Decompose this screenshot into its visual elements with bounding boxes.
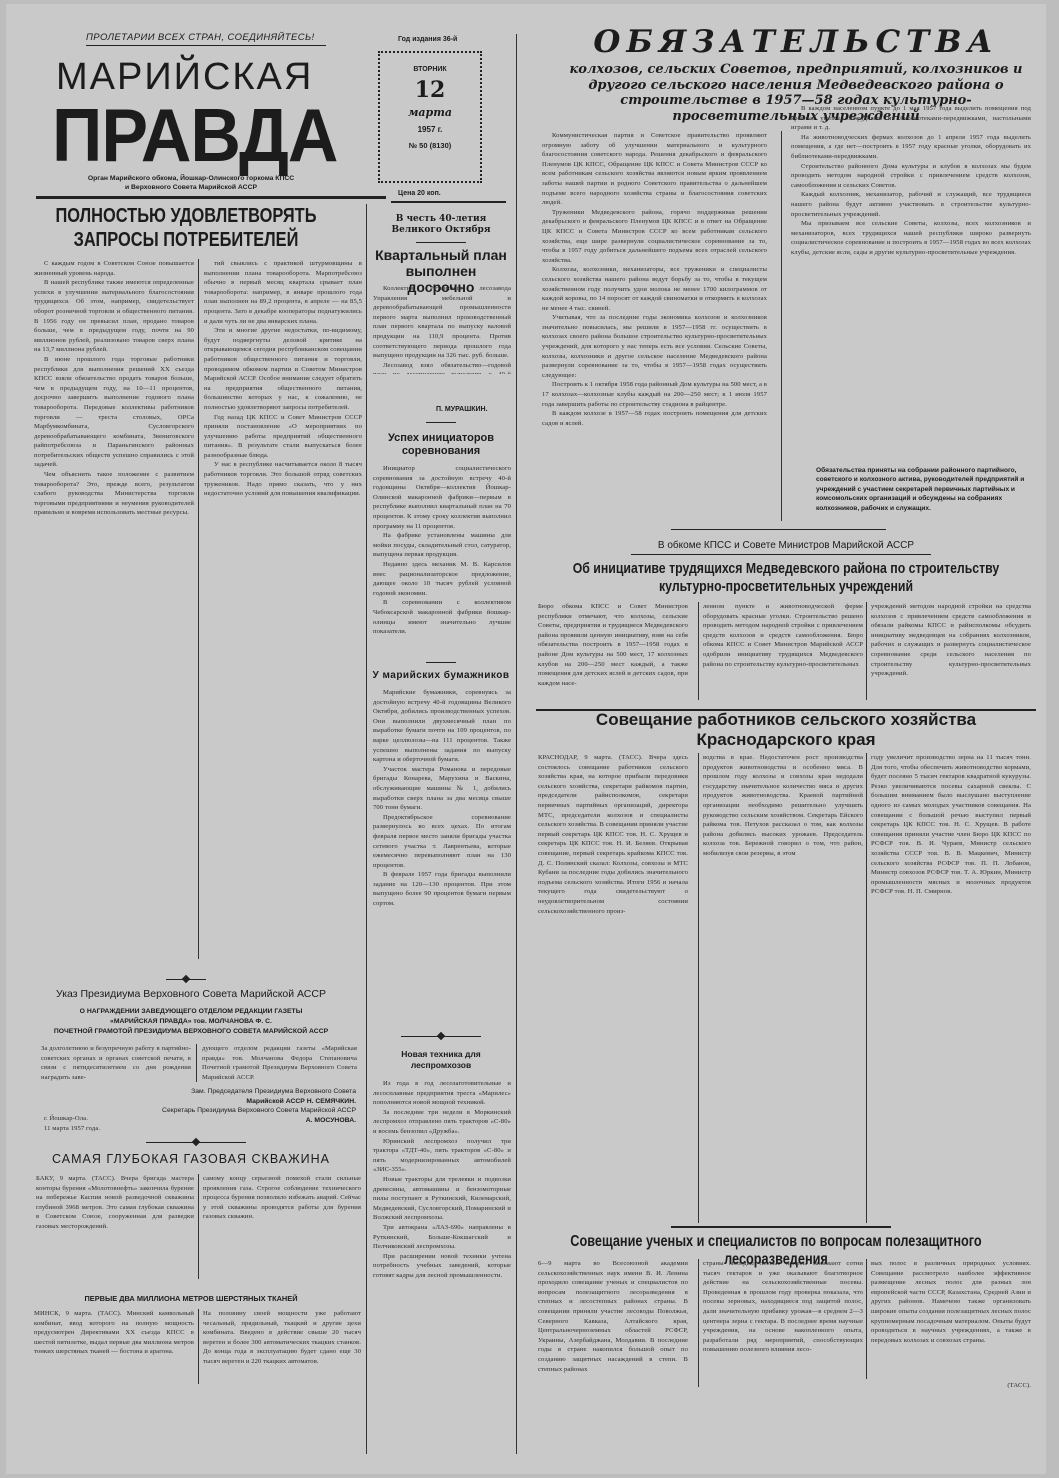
forest-col1: 6—9 марта во Всесоюзной академии сельско… xyxy=(538,1259,688,1389)
issue-number: № 50 (8130) xyxy=(380,141,480,150)
gas-col1: БАКУ, 9 марта. (ТАСС). Вчера бригада мас… xyxy=(36,1174,194,1279)
consumer-col2: тий свыклись с практикой штурмовщины в в… xyxy=(204,259,362,959)
separator xyxy=(426,662,456,663)
wool-divider xyxy=(198,1309,199,1384)
tech-title: Новая техника для леспромхозов xyxy=(371,1049,511,1071)
krasnodar-col2: водства в крае. Недостаточен рост произв… xyxy=(703,753,863,1223)
paragraph: В каждом колхозе в 1957—58 годах построи… xyxy=(542,409,767,428)
paragraph: Недавно здесь механик М. В. Карсилов вне… xyxy=(373,560,511,598)
paragraph: Строительство районного Дома культуры и … xyxy=(791,162,1031,191)
newspaper-page: ПРОЛЕТАРИИ ВСЕХ СТРАН, СОЕДИНЯЙТЕСЬ! МАР… xyxy=(6,4,1046,1474)
rubric-line1: В честь 40-летия xyxy=(371,214,511,225)
obligations-divider xyxy=(781,131,782,521)
organ-line2: и Верховного Совета Марийской АССР xyxy=(46,183,336,192)
gas-col2: самому концу серьезной помехой стали сил… xyxy=(203,1174,361,1279)
consumer-title-line2: ЗАПРОСЫ ПОТРЕБИТЕЛЕЙ xyxy=(47,228,326,252)
paragraph: тий свыклись с практикой штурмовщины в в… xyxy=(204,259,362,326)
masthead-rule xyxy=(36,196,386,199)
paragraph: Лесозавод взял обязательство—годовой пла… xyxy=(373,361,511,374)
paragraph: Новые тракторы для трелевки и подвозки д… xyxy=(373,1175,511,1223)
paragraph: Эти и многие другие недостатки, по-видим… xyxy=(204,326,362,412)
wool-col1: МИНСК, 9 марта. (ТАСС). Минский камвольн… xyxy=(34,1309,194,1389)
paragraph: Из года в год лесозаготовительные и лесо… xyxy=(373,1079,511,1108)
ornament-divider xyxy=(166,979,206,980)
paragraph: В нашей республике также имеются определ… xyxy=(34,278,194,355)
separator xyxy=(426,422,456,423)
initiators-body: Инициатор социалистического соревнования… xyxy=(373,464,511,644)
consumer-title: ПОЛНОСТЬЮ УДОВЛЕТВОРЯТЬ ЗАПРОСЫ ПОТРЕБИТ… xyxy=(47,204,326,252)
decree-col2: дующего отделом редакции газеты «Марийск… xyxy=(202,1044,357,1084)
obkom-divider1 xyxy=(698,602,699,700)
column-divider-main xyxy=(516,34,517,1454)
paragraph: В соревновании с коллективом Чебоксарско… xyxy=(373,598,511,636)
tech-body: Из года в год лесозаготовительные и лесо… xyxy=(373,1079,511,1439)
decree-place-date: г. Йошкар-Ола. 11 марта 1957 года. xyxy=(44,1114,144,1136)
decree-title-line1: О НАГРАЖДЕНИИ ЗАВЕДУЮЩЕГО ОТДЕЛОМ РЕДАКЦ… xyxy=(21,1007,361,1017)
column-divider-left xyxy=(366,204,367,1454)
decree-col1: За долголетнюю и безупречную работу в па… xyxy=(41,1044,191,1084)
sig1-name: Марийской АССР Н. СЕМЯЧКИН. xyxy=(106,1097,356,1107)
paragraph: Три автокрана «ЛАЗ-690» направлены в Рут… xyxy=(373,1223,511,1252)
paragraph: С каждым годом в Советском Союзе повышае… xyxy=(34,259,194,278)
month: марта xyxy=(380,106,480,119)
paragraph: В июне прошлого года торговые работники … xyxy=(34,355,194,470)
krasnodar-col3: году увеличит производство зерна на 11 т… xyxy=(871,753,1031,1223)
paragraph: Коммунистическая партия и Советское прав… xyxy=(542,131,767,208)
paragraph: У нас в республике насчитывается около 8… xyxy=(204,460,362,498)
obligations-col1: Коммунистическая партия и Советское прав… xyxy=(542,131,767,531)
paragraph: В феврале 1957 года бригады выполнили за… xyxy=(373,870,511,908)
decree-place: г. Йошкар-Ола. xyxy=(44,1114,144,1124)
krasnodar-col1: КРАСНОДАР, 9 марта. (ТАСС). Вчера здесь … xyxy=(538,753,688,1193)
initiators-title: Успех инициаторов соревнования xyxy=(371,432,511,458)
masthead-motto: ПРОЛЕТАРИИ ВСЕХ СТРАН, СОЕДИНЯЙТЕСЬ! xyxy=(86,32,336,43)
section-rule xyxy=(671,529,886,530)
paragraph: Построить к 1 октября 1958 года районный… xyxy=(542,380,767,409)
decree-title-line3: ПОЧЕТНОЙ ГРАМОТОЙ ПРЕЗИДИУМА ВЕРХОВНОГО … xyxy=(21,1027,361,1037)
paragraph: Коллектив Рутинского лесозавода Управлен… xyxy=(373,284,511,361)
oktober-signature: П. МУРАШКИН. xyxy=(436,406,488,413)
paragraph: Инициатор социалистического соревнования… xyxy=(373,464,511,531)
section-rule xyxy=(671,1226,891,1228)
obkom-title-line1: Об инициативе трудящихся Медведевского р… xyxy=(548,560,1024,578)
year: 1957 г. xyxy=(380,125,480,134)
paper-body: Марийские бумажники, соревнуясь за досто… xyxy=(373,688,511,1018)
sig1-role: Зам. Председателя Президиума Верховного … xyxy=(106,1087,356,1097)
paragraph: При расширении новой техники учтена потр… xyxy=(373,1252,511,1281)
decree-date: 11 марта 1957 года. xyxy=(44,1124,144,1134)
wool-col2: На половину своей мощности уже работают … xyxy=(203,1309,361,1389)
rubric-rule xyxy=(416,242,466,243)
forest-source: (ТАСС). xyxy=(991,1381,1031,1391)
price: Цена 20 коп. xyxy=(398,190,441,197)
oktober-body: Коллектив Рутинского лесозавода Управлен… xyxy=(373,284,511,374)
krasnodar-divider2 xyxy=(866,753,867,1223)
obligations-footnote: Обязательства приняты на собрании районн… xyxy=(816,466,1031,513)
weekday: ВТОРНИК xyxy=(380,66,480,73)
oktober-rubric: В честь 40-летия Великого Октября xyxy=(371,214,511,236)
masthead-organ: Орган Марийского обкома, Йошкар-Олинског… xyxy=(46,174,336,192)
obkom-title-line2: культурно-просветительных учреждений xyxy=(548,578,1024,596)
decree-title: О НАГРАЖДЕНИИ ЗАВЕДУЮЩЕГО ОТДЕЛОМ РЕДАКЦ… xyxy=(21,1007,361,1037)
gas-title: САМАЯ ГЛУБОКАЯ ГАЗОВАЯ СКВАЖИНА xyxy=(21,1152,361,1166)
organ-line1: Орган Марийского обкома, Йошкар-Олинског… xyxy=(46,174,336,183)
krasnodar-title-line2: Краснодарского края xyxy=(526,730,1046,750)
paragraph: В каждом населенном пункте до 1 мая 1957… xyxy=(791,104,1031,133)
krasnodar-divider1 xyxy=(698,753,699,1223)
obkom-rubric: В обкоме КПСС и Совете Министров Марийск… xyxy=(546,540,1026,551)
consumer-title-line1: ПОЛНОСТЬЮ УДОВЛЕТВОРЯТЬ xyxy=(47,204,326,228)
rubric-underline xyxy=(631,554,931,555)
paragraph: Предоктябрьское соревнование развернулос… xyxy=(373,813,511,871)
obkom-col3: учреждений методом народной стройки на с… xyxy=(871,602,1031,702)
paragraph: На фабрике установлены машины для мойки … xyxy=(373,531,511,560)
krasnodar-title-line1: Совещание работников сельского хозяйства xyxy=(526,710,1046,730)
paragraph: Участок мастера Романова и передовые бри… xyxy=(373,765,511,813)
day-number: 12 xyxy=(380,77,480,103)
masthead-title-line2: ПРАВДА xyxy=(52,92,337,178)
paragraph: Труженики Медведевского района, горячо п… xyxy=(542,208,767,266)
obkom-col2: ленном пункте и животноводческой ферме о… xyxy=(703,602,863,702)
consumer-col1: С каждым годом в Советском Союзе повышае… xyxy=(34,259,194,959)
paragraph: Учитывая, что за последние годы экономик… xyxy=(542,313,767,380)
rubric-line2: Великого Октября xyxy=(371,225,511,236)
forest-divider2 xyxy=(866,1259,867,1379)
forest-col3: вых полос в различных природных условиях… xyxy=(871,1259,1031,1377)
ornament-divider xyxy=(146,1142,246,1143)
decree-heading: Указ Президиума Верховного Совета Марийс… xyxy=(21,988,361,1000)
obkom-col1: Бюро обкома КПСС и Совет Министров респу… xyxy=(538,602,688,702)
wool-title: ПЕРВЫЕ ДВА МИЛЛИОНА МЕТРОВ ШЕРСТЯНЫХ ТКА… xyxy=(21,1294,361,1303)
obligations-title: ОБЯЗАТЕЛЬСТВА xyxy=(566,24,1026,60)
paragraph: Год назад ЦК КПСС и Совет Министров СССР… xyxy=(204,413,362,461)
obligations-col2: В каждом населенном пункте до 1 мая 1957… xyxy=(791,104,1031,394)
year-of-publication: Год издания 36-й xyxy=(398,36,457,43)
paragraph: Мы призываем все сельские Советы, колхоз… xyxy=(791,219,1031,257)
paragraph: Колхозы, колхозники, механизаторы, все т… xyxy=(542,265,767,313)
ornament-divider xyxy=(401,1036,481,1037)
decree-divider xyxy=(196,1044,197,1082)
decree-title-line2: «МАРИЙСКАЯ ПРАВДА» тов. МОЛЧАНОВА Ф. С. xyxy=(21,1017,361,1027)
date-box: ВТОРНИК 12 марта 1957 г. № 50 (8130) xyxy=(378,51,482,183)
masthead-rule-right xyxy=(391,201,506,203)
krasnodar-title: Совещание работников сельского хозяйства… xyxy=(526,710,1046,750)
forest-col2: страны молодые лесные полосы занимают со… xyxy=(703,1259,863,1389)
paragraph: Каждый колхозник, механизатор, рабочий и… xyxy=(791,190,1031,219)
motto-underline xyxy=(86,45,326,46)
paragraph: На животноводческих фермах колхозов до 1… xyxy=(791,133,1031,162)
paragraph: Чем объяснить такое положение с развитие… xyxy=(34,470,194,518)
obkom-title: Об инициативе трудящихся Медведевского р… xyxy=(548,560,1024,596)
obkom-divider2 xyxy=(866,602,867,700)
forest-divider1 xyxy=(698,1259,699,1387)
paragraph: За последние три недели в Моркинский лес… xyxy=(373,1108,511,1137)
gas-divider xyxy=(198,1174,199,1279)
consumer-divider xyxy=(198,259,199,959)
paragraph: Юринский леспромхоз получил три трактора… xyxy=(373,1137,511,1175)
paragraph: Марийские бумажники, соревнуясь за досто… xyxy=(373,688,511,765)
paper-title: У марийских бумажников xyxy=(371,670,511,681)
